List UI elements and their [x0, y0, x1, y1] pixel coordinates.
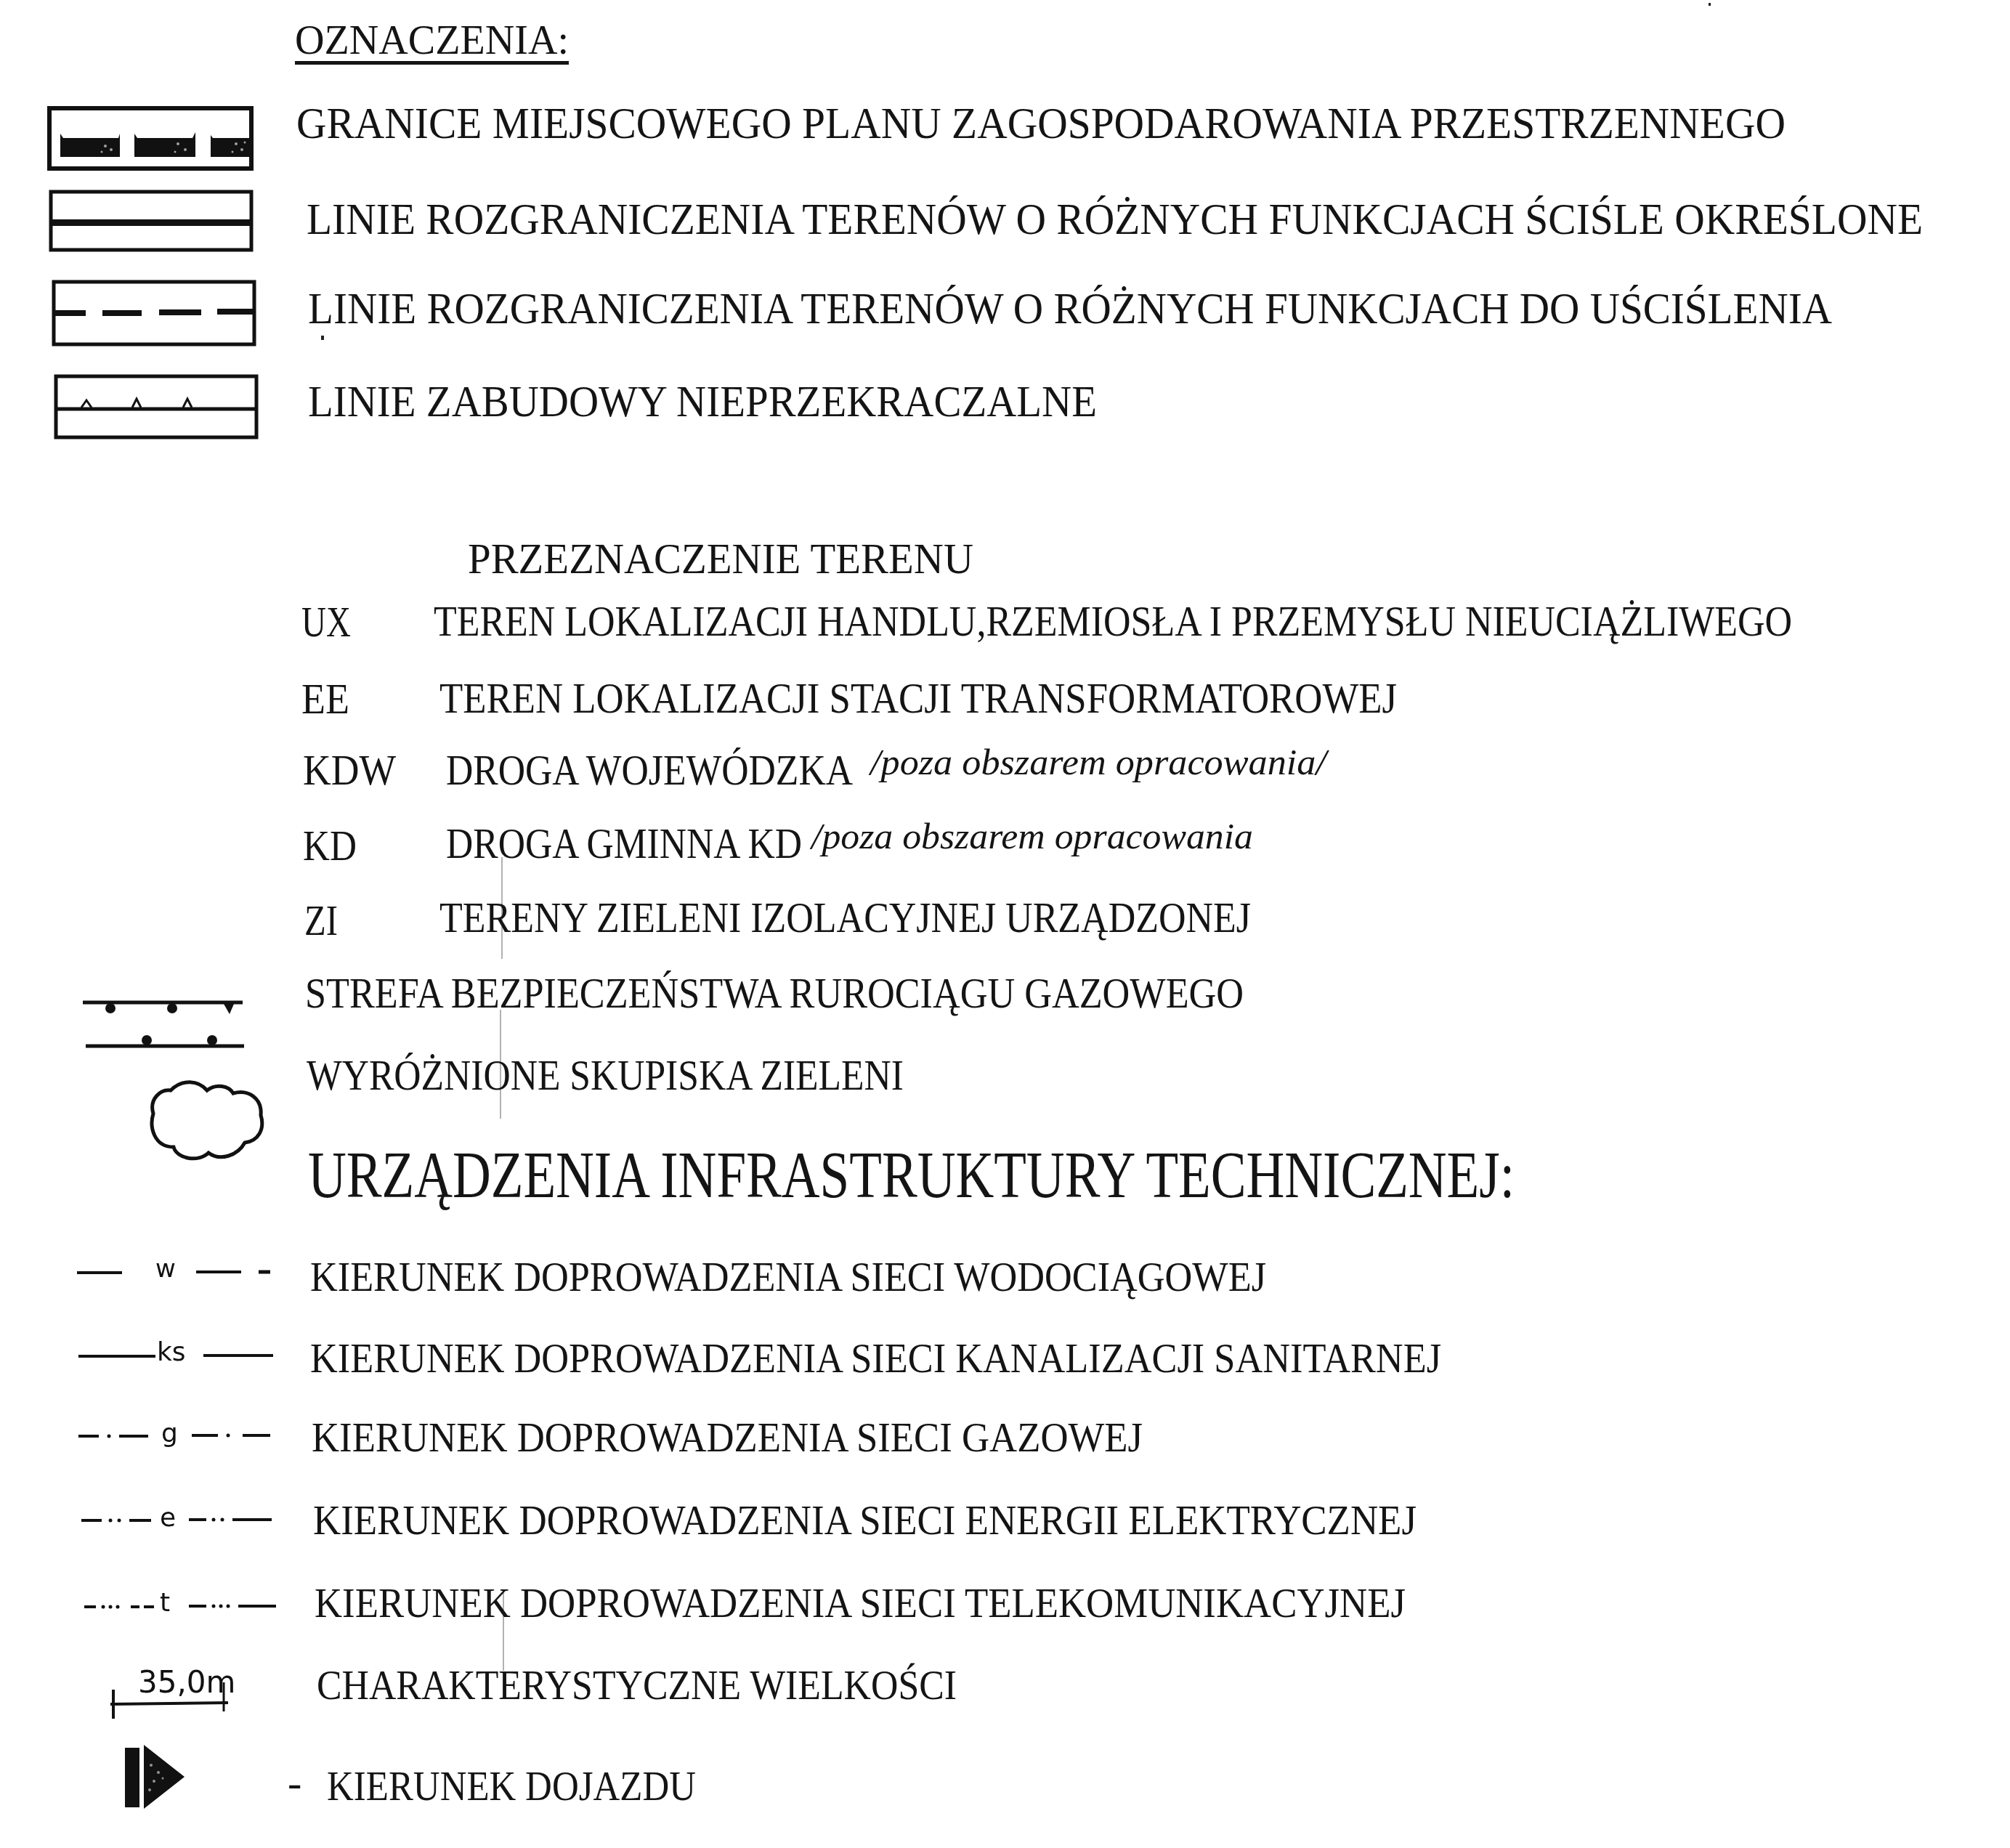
land-use-code-kd: KD — [303, 824, 357, 867]
scan-artifact — [500, 1010, 501, 1119]
access-label: KIERUNEK DOJAZDU — [327, 1765, 696, 1807]
land-use-label-kdw: DROGA WOJEWÓDZKA — [446, 748, 853, 792]
svg-text:ks: ks — [157, 1337, 186, 1367]
svg-text:e: e — [160, 1503, 176, 1533]
land-use-label-ee: TEREN LOKALIZACJI STACJI TRANSFORMATOROW… — [439, 676, 1397, 720]
land-use-label-kd: DROGA GMINNA KD — [446, 822, 802, 865]
legend-label-building-line: LINIE ZABUDOWY NIEPRZEKRACZALNE — [308, 379, 1097, 424]
gas-safety-zone-label: STREFA BEZPIECZEŃSTWA RUROCIĄGU GAZOWEGO — [305, 971, 1244, 1015]
legend-label-plan-boundary: GRANICE MIEJSCOWEGO PLANU ZAGOSPODAROWAN… — [296, 101, 1786, 146]
sewer-line-label: KIERUNEK DOPROWADZENIA SIECI KANALIZACJI… — [310, 1337, 1441, 1379]
land-use-code-ee: EE — [301, 677, 349, 721]
land-use-title: PRZEZNACZENIE TERENU — [468, 537, 973, 580]
building-line-icon — [54, 374, 260, 439]
telecom-line-label: KIERUNEK DOPROWADZENIA SIECI TELEKOMUNIK… — [315, 1582, 1406, 1624]
land-use-label-zi: TERENY ZIELENI IZOLACYJNEJ URZĄDZONEJ — [439, 896, 1251, 939]
access-arrow-icon — [122, 1743, 189, 1810]
svg-text:w: w — [155, 1255, 176, 1284]
dimension-label: CHARAKTERYSTYCZNE WIELKOŚCI — [317, 1664, 957, 1706]
land-use-code-kdw: KDW — [303, 748, 396, 792]
land-use-code-ux: UX — [301, 600, 351, 644]
land-use-label-ux: TEREN LOKALIZACJI HANDLU,RZEMIOSŁA I PRZ… — [434, 599, 1792, 643]
svg-text:t: t — [160, 1588, 170, 1618]
infrastructure-title: URZĄDZENIA INFRASTRUKTURY TECHNICZNEJ: — [308, 1141, 1515, 1208]
scan-artifact — [1709, 3, 1711, 6]
dimension-icon: 35,0m — [108, 1661, 238, 1722]
gas-safety-zone-icon — [81, 995, 248, 1053]
svg-text:g: g — [161, 1419, 178, 1448]
access-dash: - — [288, 1762, 301, 1804]
legend-title: OZNACZENIA: — [295, 19, 569, 61]
plan-boundary-icon — [47, 106, 254, 171]
green-cluster-icon — [147, 1077, 265, 1163]
green-cluster-label: WYRÓŻNIONE SKUPISKA ZIELENI — [307, 1053, 904, 1097]
gas-line-icon: g — [76, 1420, 279, 1456]
water-line-icon: w — [76, 1257, 279, 1293]
legend-label-solid-boundary: LINIE ROZGRANICZENIA TERENÓW O RÓŻNYCH F… — [307, 197, 1923, 242]
land-use-note-kdw: /poza obszarem opracowania/ — [870, 744, 1326, 780]
scan-artifact — [321, 336, 324, 340]
scan-artifact — [503, 1591, 504, 1671]
land-use-code-zi: ZI — [304, 899, 338, 942]
dashed-boundary-line-icon — [52, 280, 258, 346]
scan-artifact — [501, 857, 503, 959]
legend-label-dashed-boundary: LINIE ROZGRANICZENIA TERENÓW O RÓŻNYCH F… — [308, 286, 1832, 331]
land-use-note-kd: /poza obszarem opracowania — [811, 818, 1253, 854]
gas-line-label: KIERUNEK DOPROWADZENIA SIECI GAZOWEJ — [312, 1417, 1143, 1459]
svg-text:35,0m: 35,0m — [138, 1664, 235, 1700]
electric-line-label: KIERUNEK DOPROWADZENIA SIECI ENERGII ELE… — [313, 1499, 1417, 1541]
solid-boundary-line-icon — [49, 190, 255, 252]
water-line-label: KIERUNEK DOPROWADZENIA SIECI WODOCIĄGOWE… — [310, 1256, 1266, 1298]
electric-line-icon: e — [78, 1501, 282, 1538]
sewer-line-icon: ks — [76, 1339, 279, 1375]
telecom-line-icon: t — [81, 1581, 285, 1621]
